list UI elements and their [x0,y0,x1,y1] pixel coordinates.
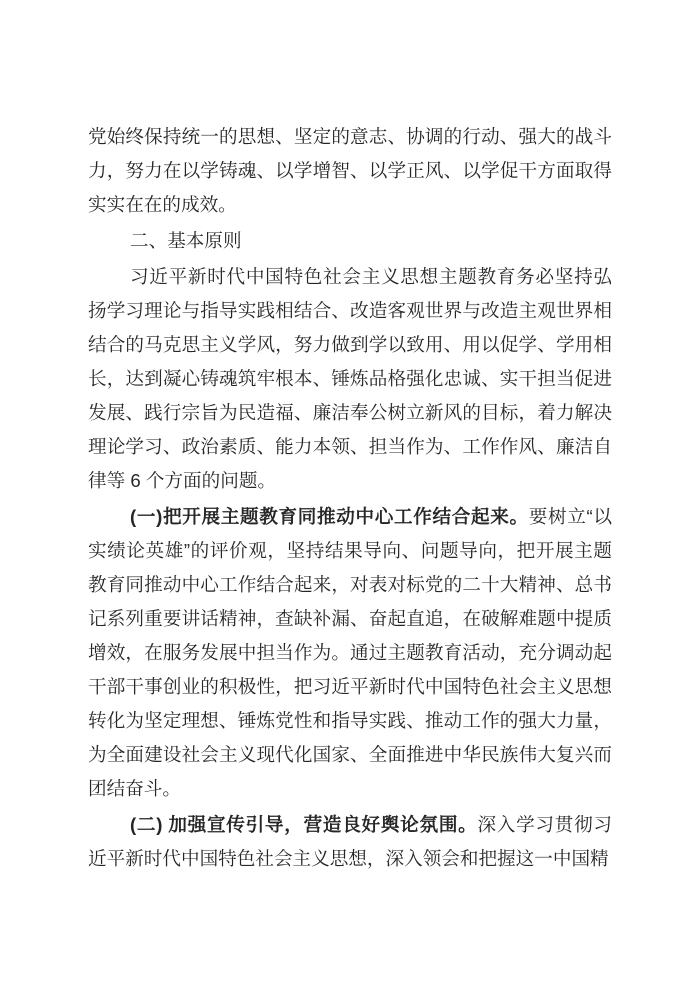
paragraph-item-one-lead: (一)把开展主题教育同推动中心工作结合起来。 [130,506,529,527]
section-heading-basic-principles: 二、基本原则 [88,224,612,258]
document-page: 党始终保持统一的思想、坚定的意志、协调的行动、强大的战斗力，努力在以学铸魂、以学… [0,0,700,989]
paragraph-item-two-lead: (二) 加强宣传引导，营造良好舆论氛围。 [130,814,477,835]
paragraph-principles-overview: 习近平新时代中国特色社会主义思想主题教育务必坚持弘扬学习理论与指导实践相结合、改… [88,260,612,498]
paragraph-item-one-body: 要树立“以实绩论英雄”的评价观，坚持结果导向、问题导向，把开展主题教育同推动中心… [88,506,612,799]
page-content: 党始终保持统一的思想、坚定的意志、协调的行动、强大的战斗力，努力在以学铸魂、以学… [88,120,612,878]
document-viewport: { "document": { "page_background": "#fff… [0,0,700,989]
paragraph-item-two: (二) 加强宣传引导，营造良好舆论氛围。深入学习贯彻习近平新时代中国特色社会主义… [88,808,612,876]
paragraph-item-one: (一)把开展主题教育同推动中心工作结合起来。要树立“以实绩论英雄”的评价观，坚持… [88,500,612,806]
paragraph-continuation: 党始终保持统一的思想、坚定的意志、协调的行动、强大的战斗力，努力在以学铸魂、以学… [88,120,612,222]
